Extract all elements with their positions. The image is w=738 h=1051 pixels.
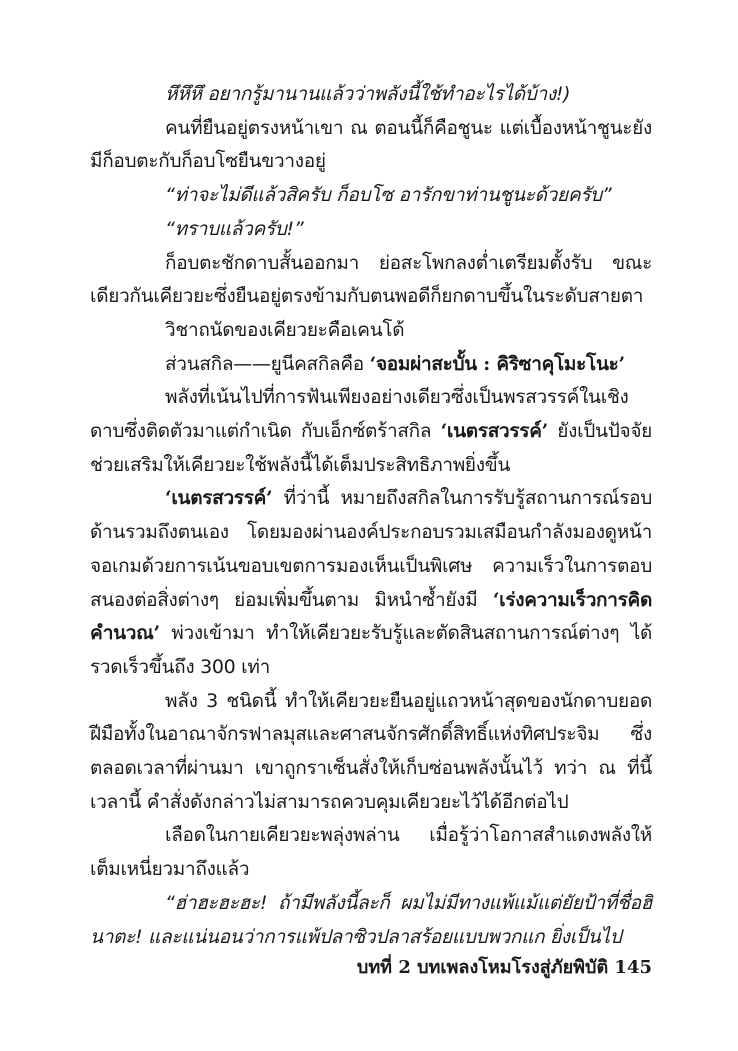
running-head: บทที่ 2 บทเพลงโหมโรงสู่ภัยพิบัติ bbox=[357, 957, 608, 978]
dialogue-text: “ฮ่าฮะฮะฮะ! ถ้ามีพลังนี้ละก็ ผมไม่มีทางแ… bbox=[90, 892, 652, 948]
paragraph: หึหึหึ อยากรู้มานานแล้วว่าพลังนี้ใช้ทำอะ… bbox=[90, 78, 652, 112]
emphasis-term: ‘จอมผ่าสะบั้น : คิริซาคุโมะโนะ’ bbox=[370, 353, 625, 375]
body-text: ก็อบตะชักดาบสั้นออกมา ย่อสะโพกลงต่ำเตรีย… bbox=[90, 252, 652, 308]
emphasis-term: ‘เนตรสวรรค์’ bbox=[165, 487, 272, 509]
dialogue-text: “ท่าจะไม่ดีแล้วสิครับ ก็อบโซ อารักขาท่าน… bbox=[165, 184, 611, 206]
dialogue-text: “ทราบแล้วครับ!” bbox=[165, 218, 303, 240]
paragraph: คนที่ยืนอยู่ตรงหน้าเขา ณ ตอนนี้ก็คือชูนะ… bbox=[90, 112, 652, 179]
dialogue-text: หึหึหึ อยากรู้มานานแล้วว่าพลังนี้ใช้ทำอะ… bbox=[165, 83, 570, 105]
paragraph: “ท่าจะไม่ดีแล้วสิครับ ก็อบโซ อารักขาท่าน… bbox=[90, 179, 652, 213]
body-text: ส่วนสกิล——ยูนีคสกิลคือ bbox=[165, 353, 370, 375]
page-number: 145 bbox=[614, 957, 652, 978]
paragraph: พลังที่เน้นไปที่การฟันเพียงอย่างเดียวซึ่… bbox=[90, 381, 652, 482]
paragraph: ก็อบตะชักดาบสั้นออกมา ย่อสะโพกลงต่ำเตรีย… bbox=[90, 247, 652, 314]
paragraph: เลือดในกายเคียวยะพลุ่งพล่าน เมื่อรู้ว่าโ… bbox=[90, 819, 652, 886]
paragraph: ‘เนตรสวรรค์’ ที่ว่านี้ หมายถึงสกิลในการร… bbox=[90, 482, 652, 684]
paragraph: พลัง 3 ชนิดนี้ ทำให้เคียวยะยืนอยู่แถวหน้… bbox=[90, 685, 652, 820]
paragraph: ส่วนสกิล——ยูนีคสกิลคือ ‘จอมผ่าสะบั้น : ค… bbox=[90, 348, 652, 382]
page-body: หึหึหึ อยากรู้มานานแล้วว่าพลังนี้ใช้ทำอะ… bbox=[90, 78, 652, 954]
body-text: พ่วงเข้ามา ทำให้เคียวยะรับรู้และตัดสินสถ… bbox=[90, 622, 652, 678]
body-text: วิชาถนัดของเคียวยะคือเคนโด้ bbox=[165, 319, 404, 341]
body-text: คนที่ยืนอยู่ตรงหน้าเขา ณ ตอนนี้ก็คือชูนะ… bbox=[90, 117, 652, 173]
page-footer: บทที่ 2 บทเพลงโหมโรงสู่ภัยพิบัติ 145 bbox=[90, 952, 652, 981]
paragraph: “ทราบแล้วครับ!” bbox=[90, 213, 652, 247]
paragraph: “ฮ่าฮะฮะฮะ! ถ้ามีพลังนี้ละก็ ผมไม่มีทางแ… bbox=[90, 887, 652, 954]
emphasis-term: ‘เนตรสวรรค์’ bbox=[441, 420, 548, 442]
paragraph: วิชาถนัดของเคียวยะคือเคนโด้ bbox=[90, 314, 652, 348]
body-text: พลัง 3 ชนิดนี้ ทำให้เคียวยะยืนอยู่แถวหน้… bbox=[90, 690, 652, 813]
body-text: เลือดในกายเคียวยะพลุ่งพล่าน เมื่อรู้ว่าโ… bbox=[90, 824, 652, 880]
